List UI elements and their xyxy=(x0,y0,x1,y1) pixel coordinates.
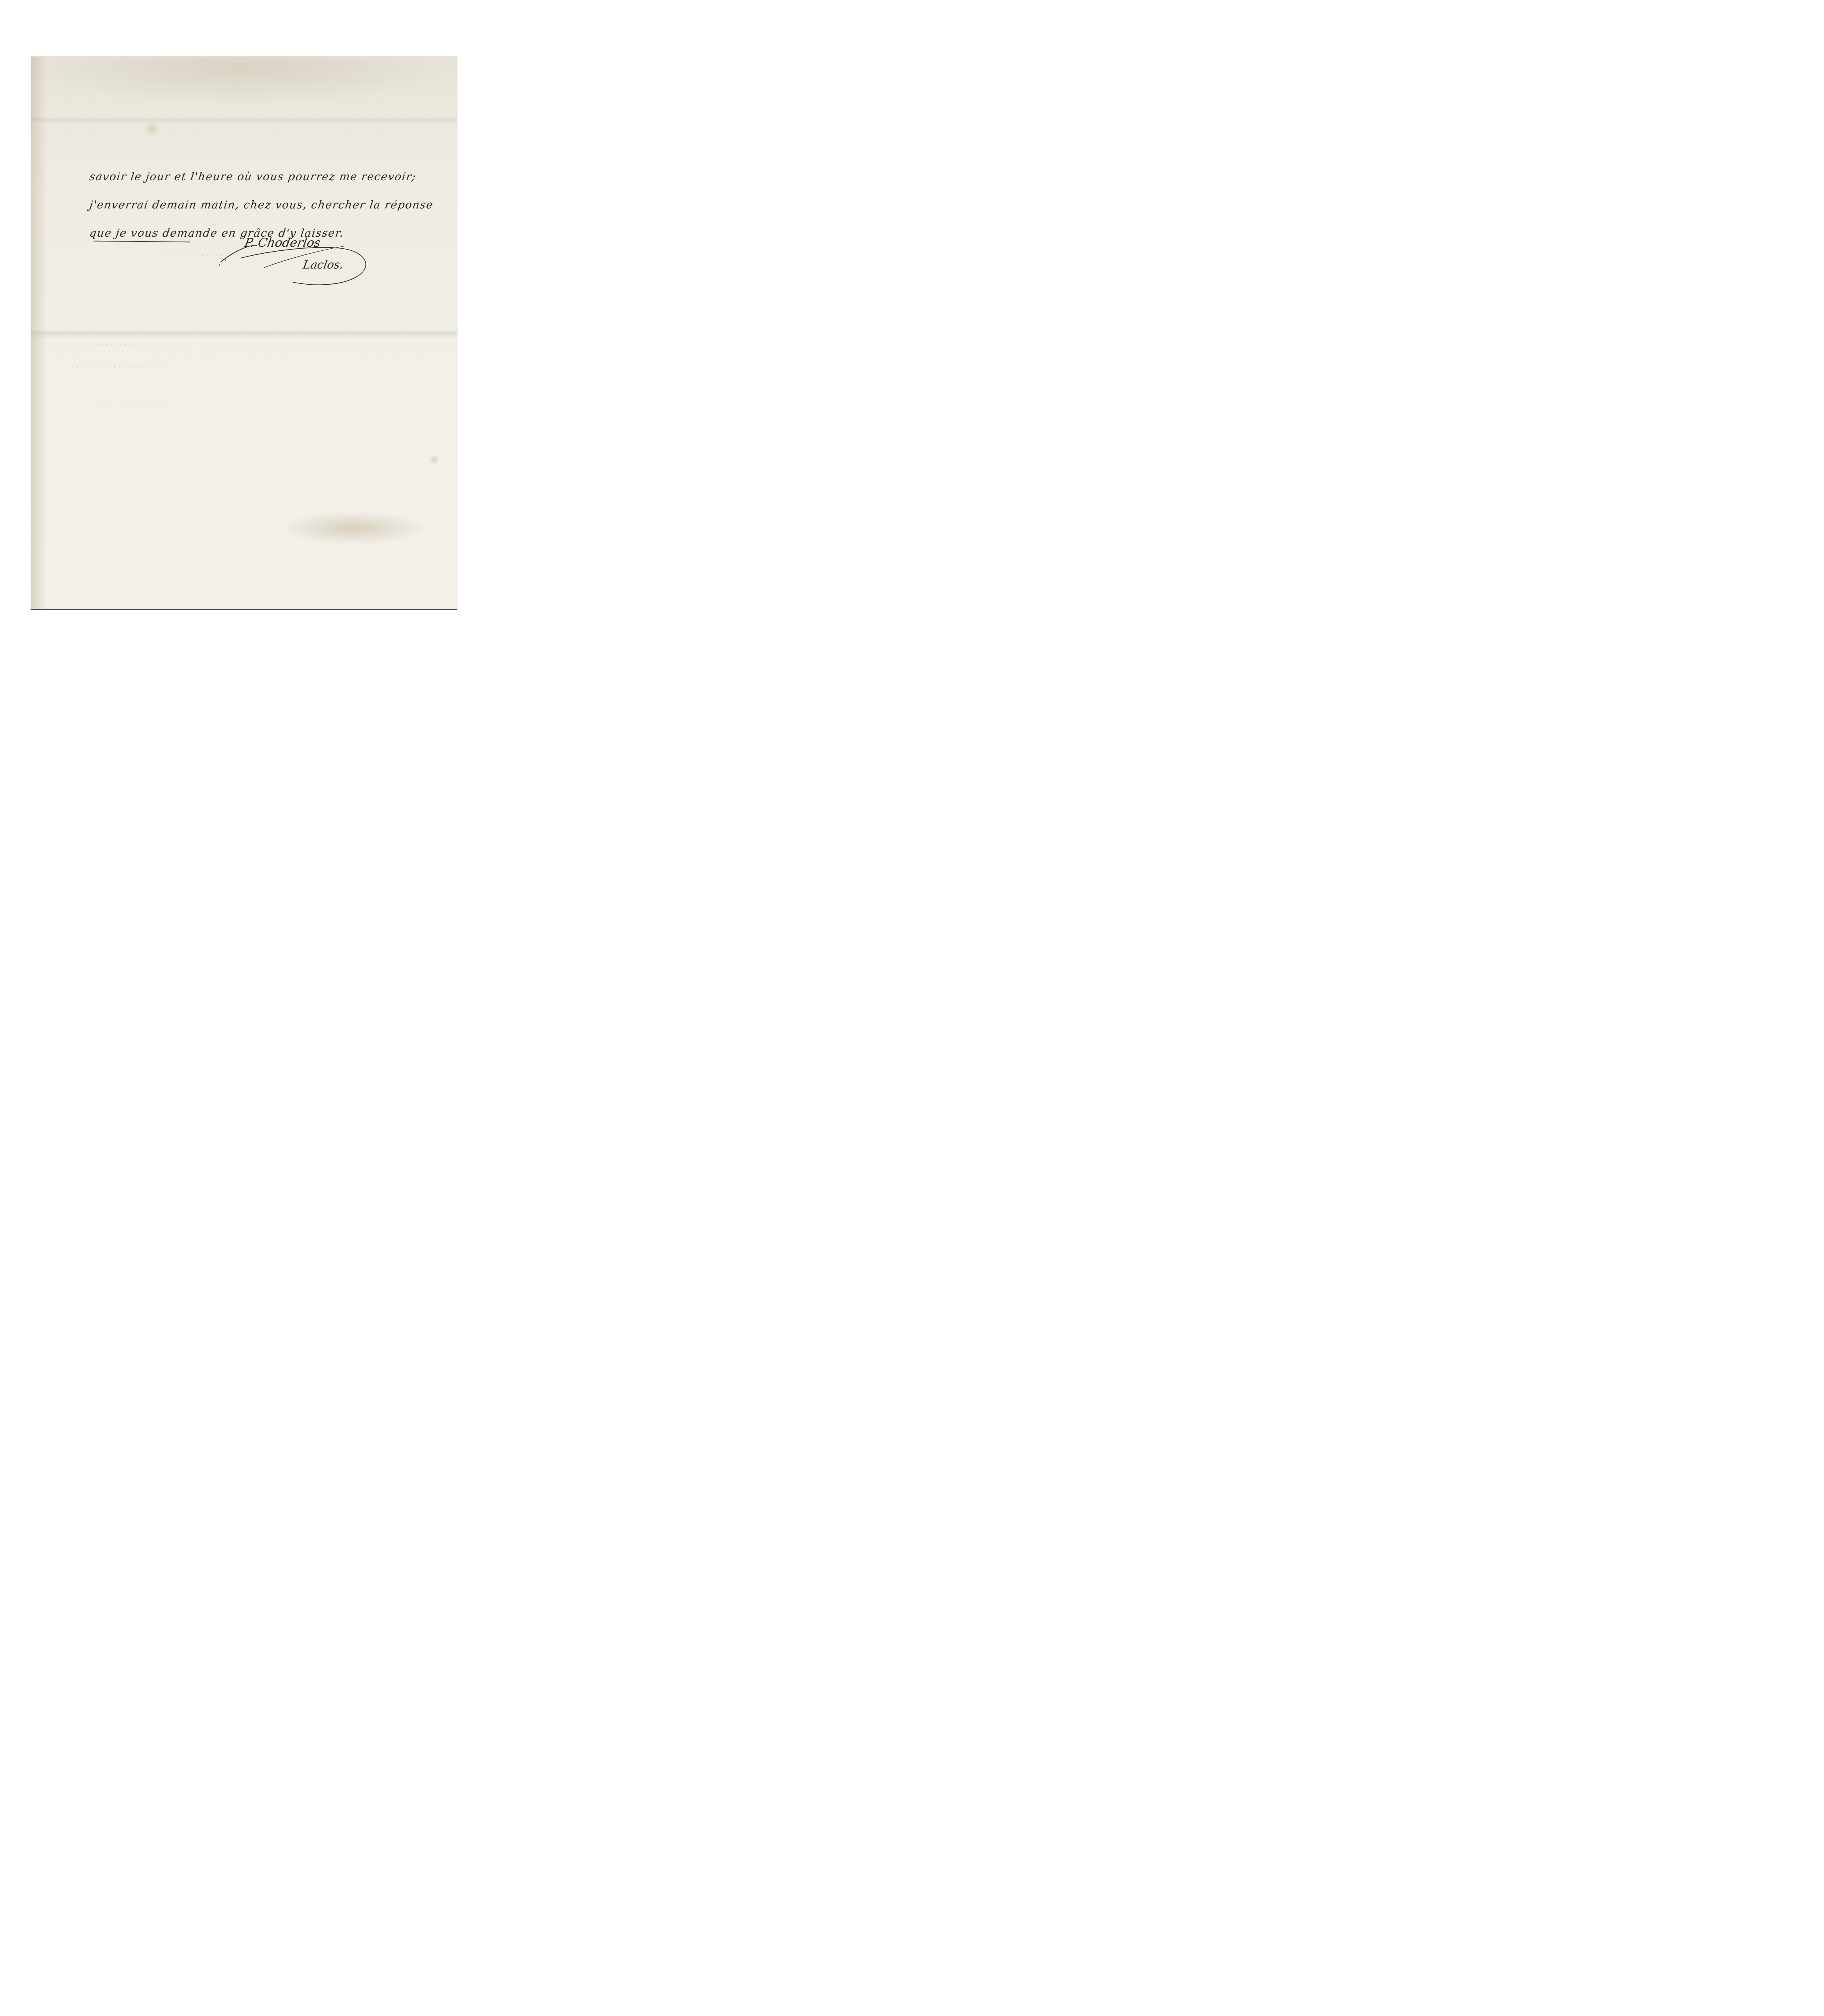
bleed-through-text: · · · · · · · · · xyxy=(341,79,381,86)
signature-surname: Laclos. xyxy=(302,258,345,271)
bleed-through-text: · · · · · · · · · xyxy=(92,421,131,429)
signature-flourish-icon xyxy=(31,56,457,609)
bleed-through-text: · · · · · · · · · · · · · · · · · xyxy=(92,401,168,408)
letter-line-2: j'enverrai demain matin, chez vous, cher… xyxy=(89,199,434,211)
bleed-through-text: · · · · · · · · · · · · · · · · · xyxy=(104,302,180,310)
bleed-through-text: · · · · · · · · · · · · · · · · · · · · xyxy=(71,363,162,370)
letter-paper: · · · · · · · · · · · · · · · · · · · · … xyxy=(31,56,457,609)
bleed-through-text: · · · · · · · · · · · · · xyxy=(92,341,150,348)
horizontal-rule xyxy=(94,241,190,243)
signature-name: P. Choderlos xyxy=(243,236,322,250)
letter-line-1: savoir le jour et l'heure où vous pourre… xyxy=(89,171,417,183)
bleed-through-text: · · · · · · · · · · · · · · · xyxy=(164,252,231,259)
bleed-through-text: · · · · xyxy=(92,444,108,451)
